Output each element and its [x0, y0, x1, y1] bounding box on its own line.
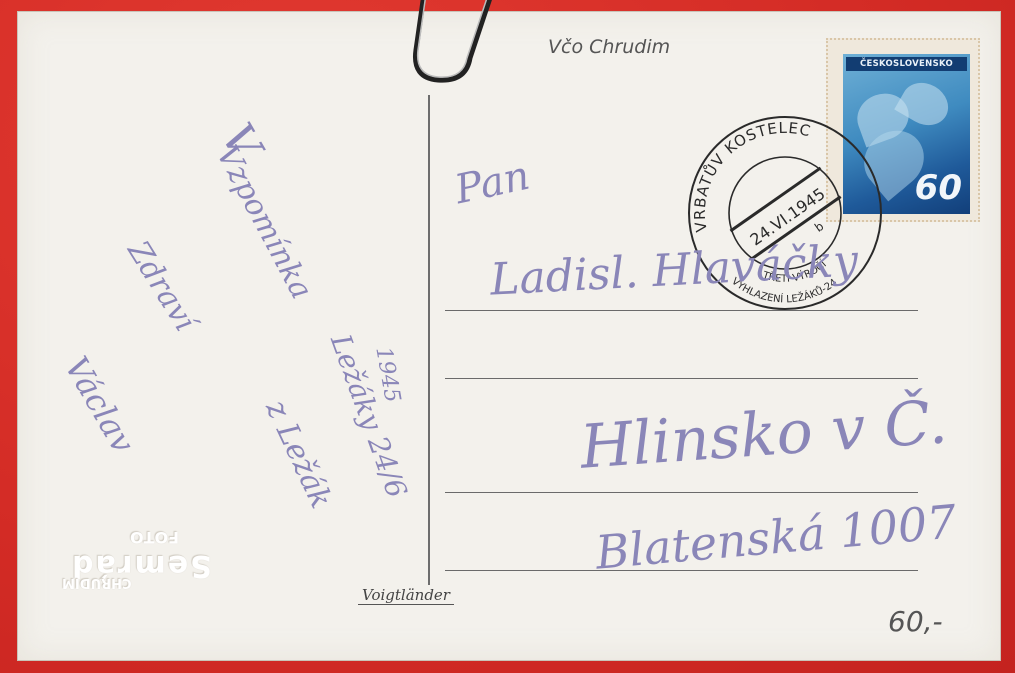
embossed-studio-foto: FOTO — [130, 528, 179, 547]
paperclip-icon — [408, 0, 503, 100]
center-divider — [428, 95, 430, 585]
voigtlander-imprint: Voigtländer — [358, 586, 454, 605]
stamp-value: 60 — [915, 168, 962, 208]
address-line-2 — [445, 378, 918, 379]
stamp-country: ČESKOSLOVENSKO — [846, 57, 967, 71]
pencil-note-top: Včo Chrudim — [548, 36, 670, 58]
address-line-3 — [445, 492, 918, 493]
postmark-sub: b — [812, 219, 826, 235]
pencil-price: 60,- — [888, 605, 943, 638]
embossed-studio-city: CHRUDIM — [62, 575, 132, 590]
